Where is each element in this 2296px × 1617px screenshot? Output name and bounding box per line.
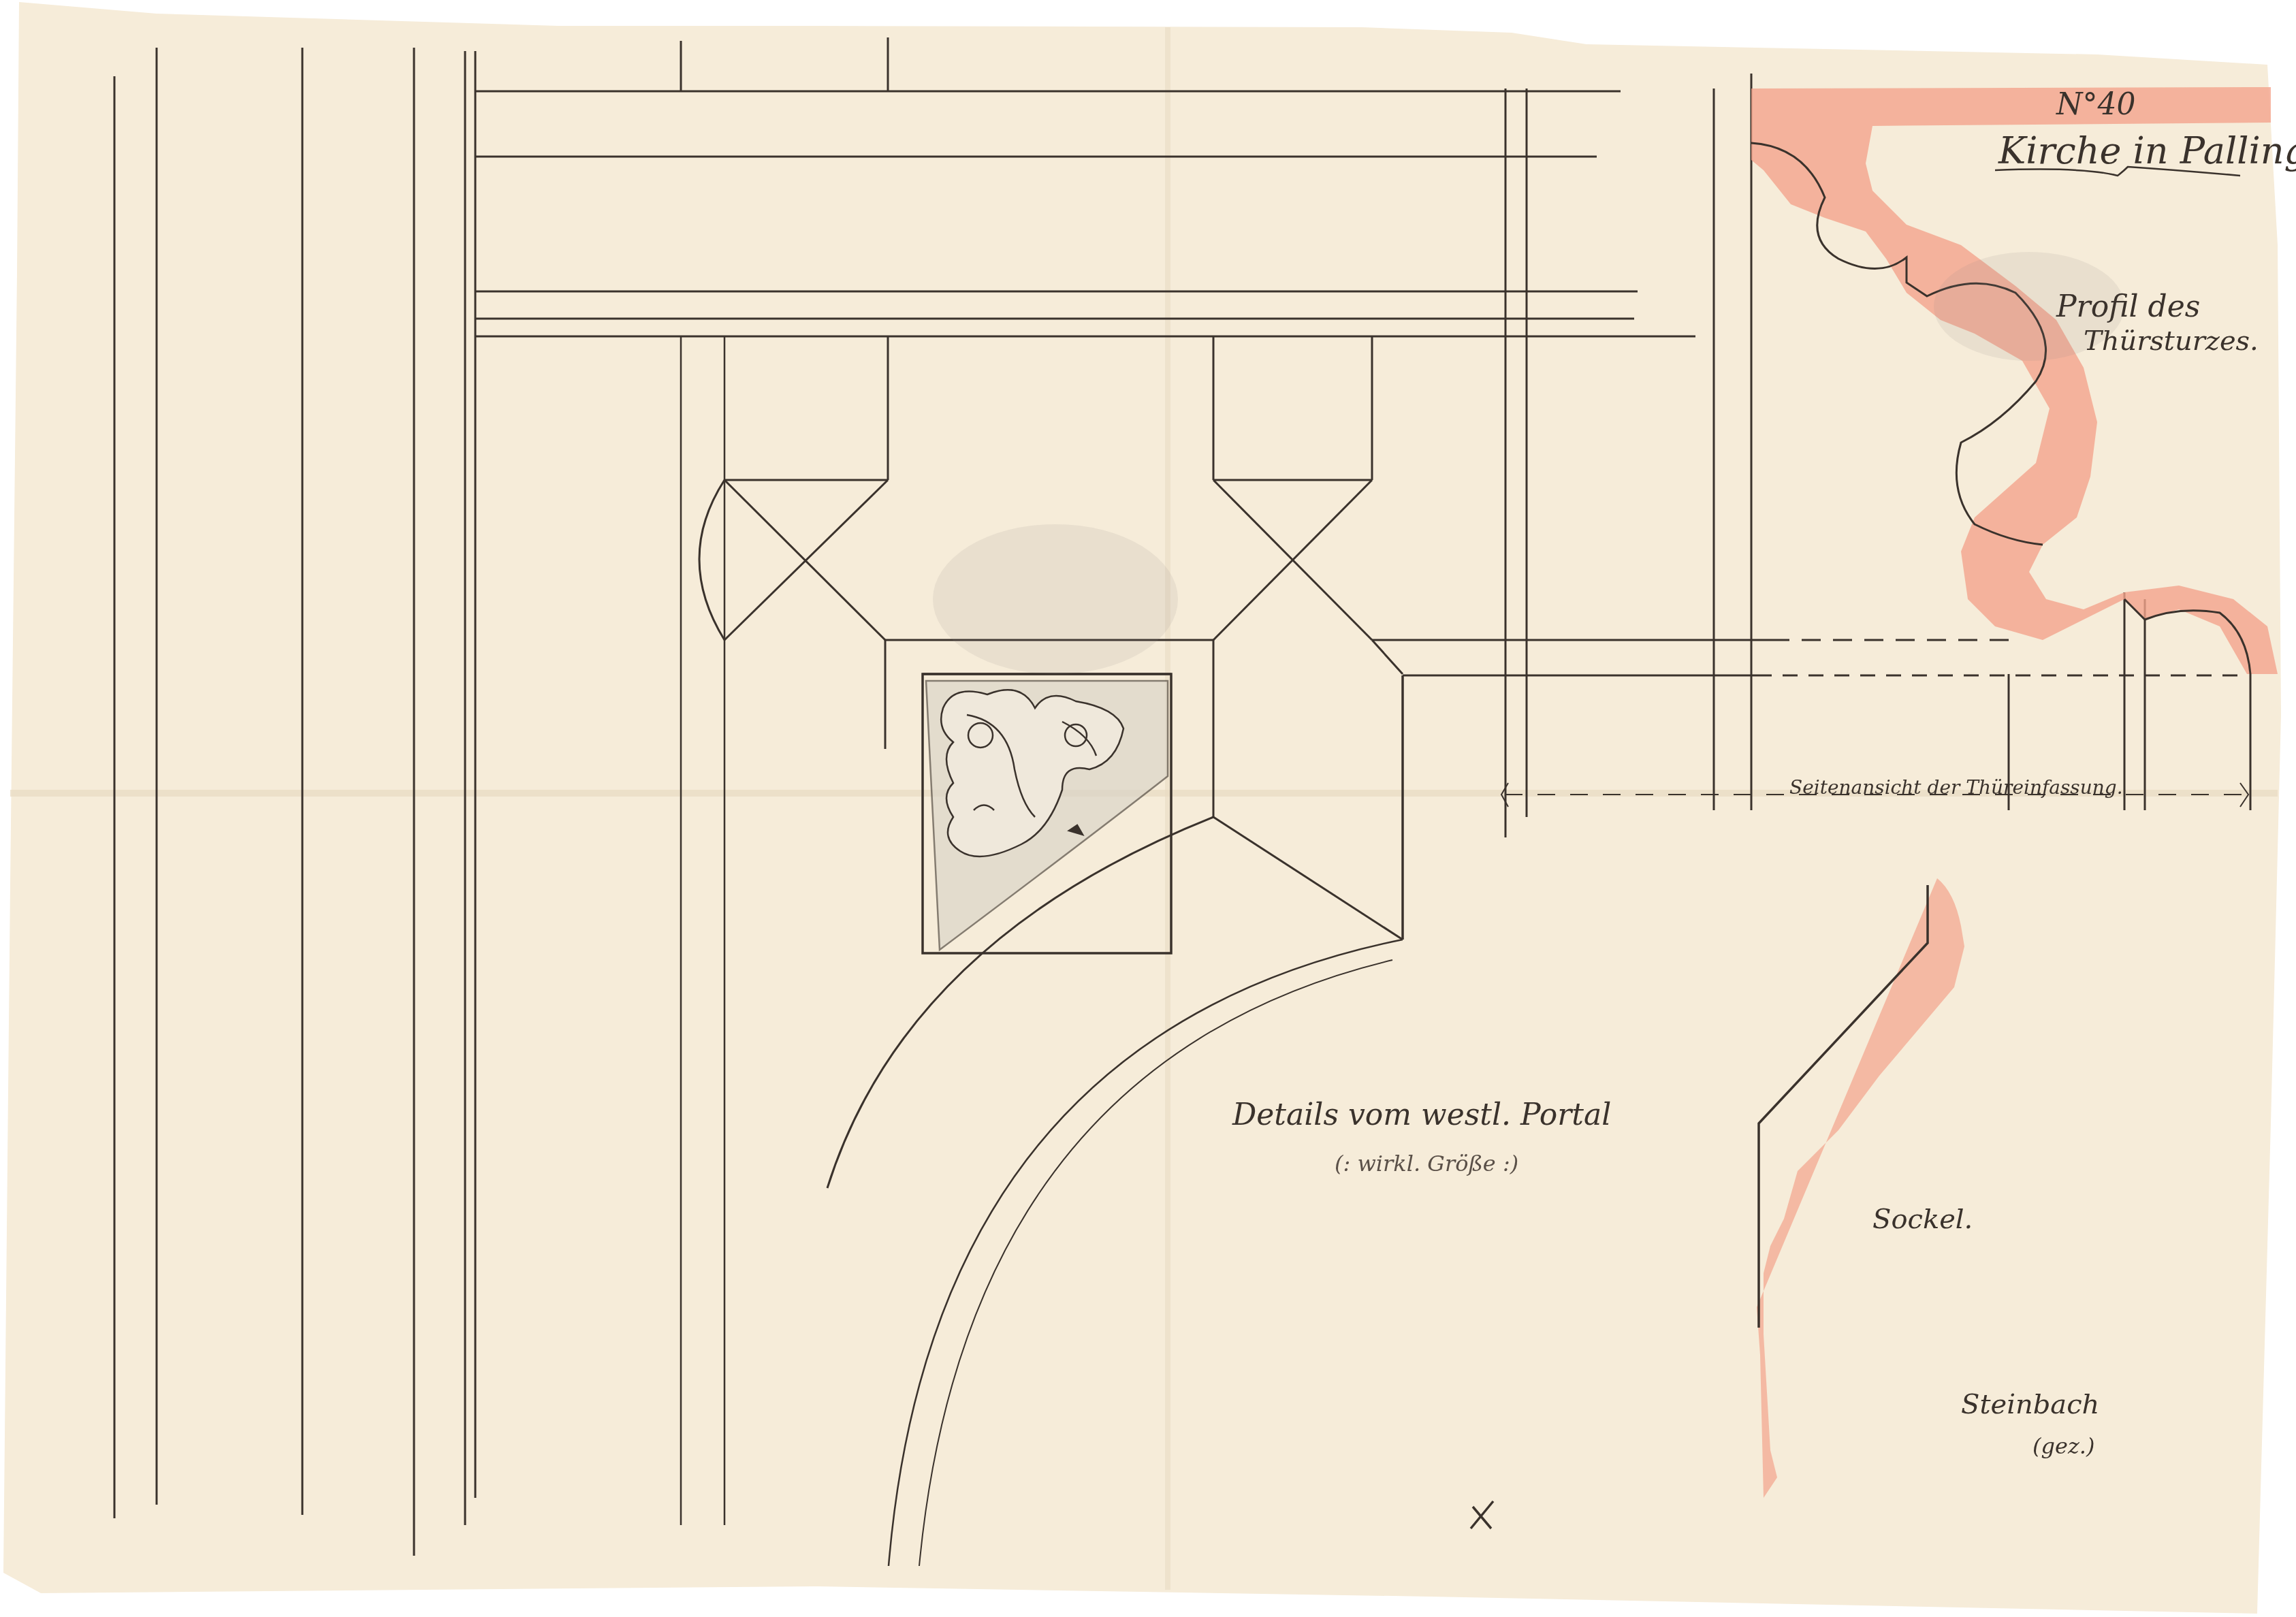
details-caption: Details vom westl. Portal (1232, 1098, 1611, 1132)
scale-note: (: wirkl. Größe :) (1335, 1151, 1518, 1176)
plinth-label: Sockel. (1872, 1204, 1973, 1235)
drawing-canvas (0, 0, 2296, 1617)
drawing-title: Kirche in Palling (1998, 129, 2296, 172)
profile-label: Profil des (2056, 289, 2200, 324)
signature: Steinbach (1961, 1389, 2099, 1420)
profile-label-line2: Thürsturzes. (2084, 325, 2259, 357)
signature-flourish: (gez.) (2032, 1433, 2094, 1459)
drawing-number: N°40 (2056, 87, 2136, 122)
side-view-label: Seitenansicht der Thüreinfassung. (1789, 776, 2123, 799)
architectural-drawing-sheet (0, 0, 2296, 1617)
